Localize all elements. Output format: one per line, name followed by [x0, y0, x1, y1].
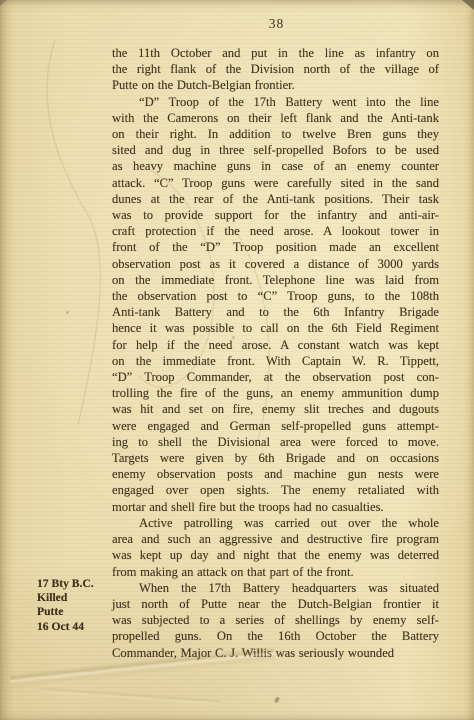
paper-speck — [274, 696, 280, 703]
margin-note-line: Killed — [37, 591, 115, 605]
paper-crease-small — [40, 682, 221, 709]
text-line: Commander, Major C. J. Willis was seriou… — [112, 645, 439, 661]
text-line: observation post as it covered a distanc… — [112, 256, 439, 272]
text-line: just north of Putte near the Dutch-Belgi… — [112, 596, 439, 612]
page-number: 38 — [114, 16, 439, 32]
scan-corner-notch-left — [0, 0, 7, 6]
text-line: “D” Troop Commander, at the observation … — [112, 369, 439, 385]
text-line: “D” Troop of the 17th Battery went into … — [112, 94, 439, 110]
text-line: with the Camerons on their left flank an… — [112, 110, 439, 126]
margin-note: 17 Bty B.C.KilledPutte16 Oct 44 — [37, 577, 115, 634]
text-line: dunes at the rear of the Anti-tank posit… — [112, 191, 439, 207]
text-line: was to provide support for the infantry … — [112, 207, 439, 223]
text-line: front of the “D” Troop position made an … — [112, 239, 439, 255]
book-page: 38 the 11th October and put in the line … — [0, 0, 474, 720]
text-line: ing to shell the Divisional area were fo… — [112, 434, 439, 450]
text-line: trolling the fire of the guns, an enemy … — [112, 385, 439, 401]
paper-speck — [66, 311, 69, 314]
text-line: hence it was possible to call on the 6th… — [112, 320, 439, 336]
text-line: was subjected to a series of shellings b… — [112, 612, 439, 628]
text-line: from making an attack on that part of th… — [112, 564, 439, 580]
text-line: attack. “C” Troop guns were carefully si… — [112, 175, 439, 191]
text-line: enemy observation posts and machine gun … — [112, 466, 439, 482]
margin-note-line: 16 Oct 44 — [37, 620, 115, 634]
text-line: craft protection if the need arose. A lo… — [112, 223, 439, 239]
text-line: propelled guns. On the 16th October the … — [112, 628, 439, 644]
text-line: mortar and shell fire but the troops had… — [112, 499, 439, 515]
text-line: on their right. In addition to twelve Br… — [112, 126, 439, 142]
text-line: was hit and set on fire, enemy slit trec… — [112, 401, 439, 417]
text-line: the 11th October and put in the line as … — [112, 45, 439, 61]
text-line: Active patrolling was carried out over t… — [112, 515, 439, 531]
text-line: area and such an aggressive and destruct… — [112, 531, 439, 547]
text-line: was kept up day and night that the enemy… — [112, 547, 439, 563]
text-line: were engaged and German self-propelled g… — [112, 418, 439, 434]
text-line: as heavy machine guns in case of an enem… — [112, 158, 439, 174]
text-line: the right flank of the Division north of… — [112, 61, 439, 77]
body-text: the 11th October and put in the line as … — [112, 45, 439, 661]
text-line: When the 17th Battery headquarters was s… — [112, 580, 439, 596]
text-line: for help if the need arose. A constant w… — [112, 337, 439, 353]
scan-corner-notch-right — [462, 0, 474, 10]
text-line: Targets were given by 6th Brigade and on… — [112, 450, 439, 466]
margin-note-line: Putte — [37, 605, 115, 619]
text-line: Putte on the Dutch-Belgian frontier. — [112, 77, 439, 93]
text-line: the observation post to “C” Troop guns, … — [112, 288, 439, 304]
margin-note-line: 17 Bty B.C. — [37, 577, 115, 591]
text-line: on the immediate front. Telephone line w… — [112, 272, 439, 288]
text-line: on the immediate front. With Captain W. … — [112, 353, 439, 369]
text-line: Anti-tank Battery and to the 6th Infantr… — [112, 304, 439, 320]
text-line: engaged over open sights. The enemy reta… — [112, 482, 439, 498]
text-line: sited and dug in three self-propelled Bo… — [112, 142, 439, 158]
